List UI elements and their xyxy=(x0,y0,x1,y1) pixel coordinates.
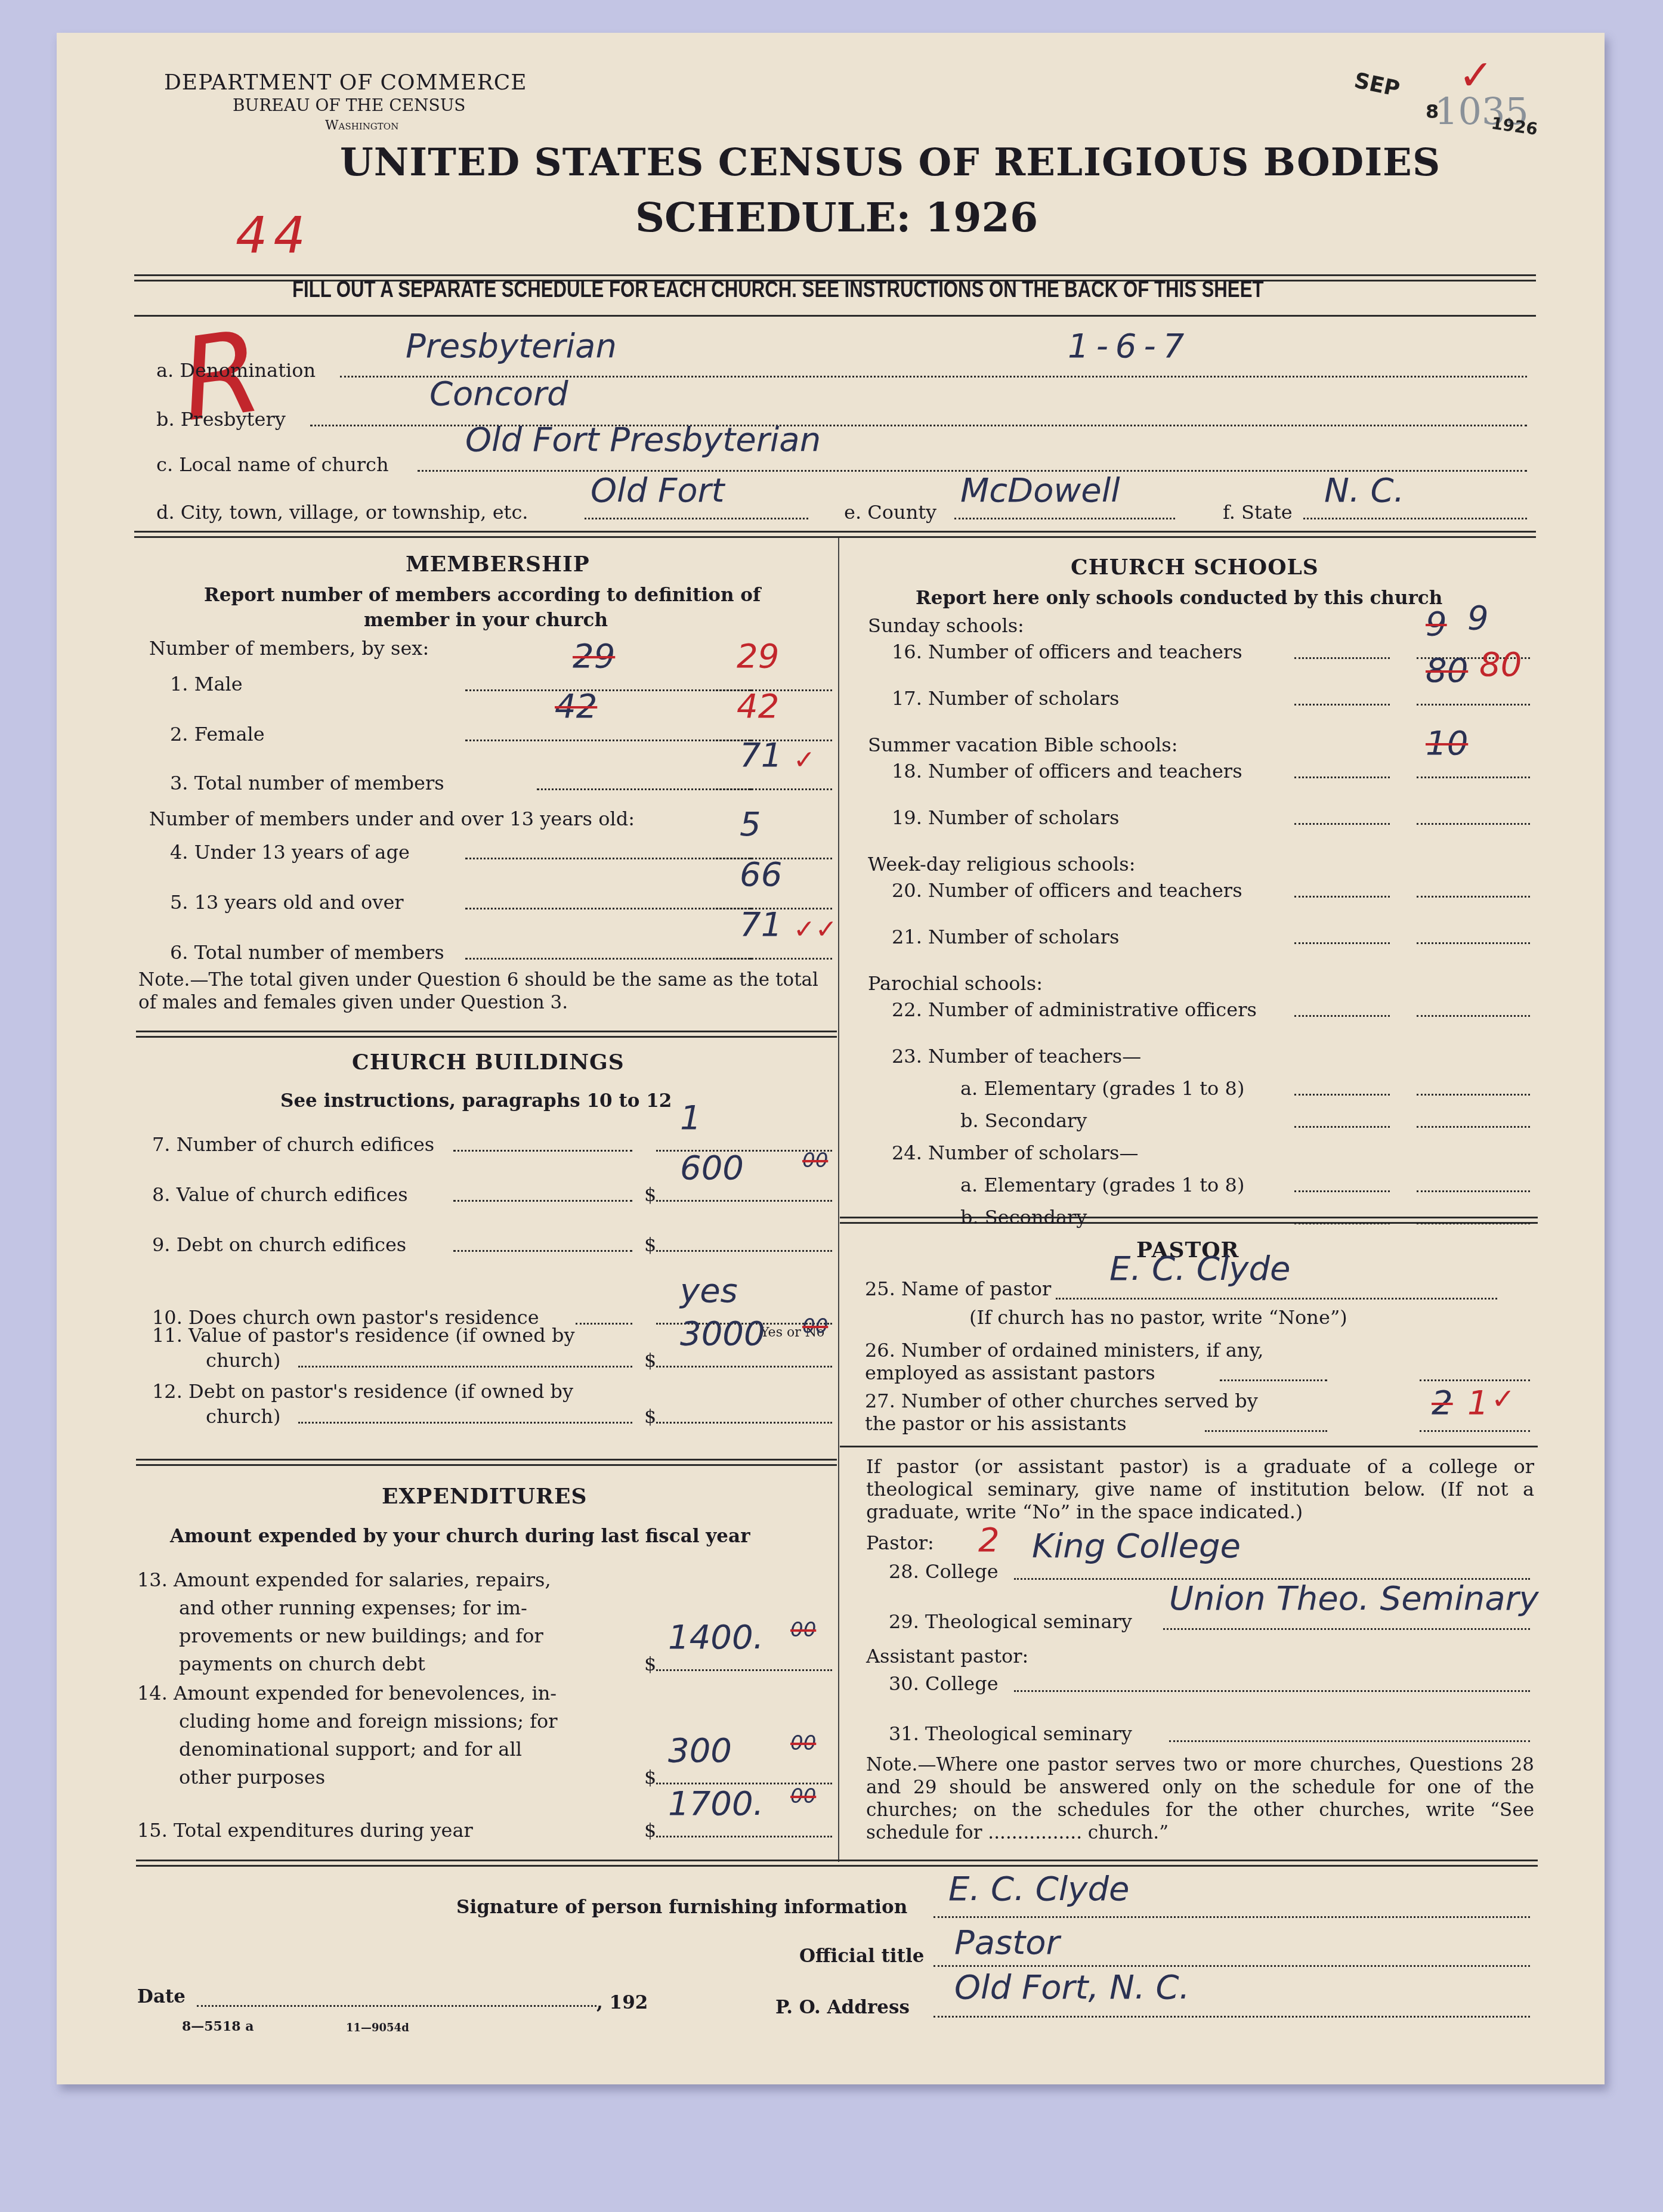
other-churches-answer-line xyxy=(1420,1430,1530,1432)
college-label: 28. College xyxy=(889,1560,999,1583)
pastor-name-label: 25. Name of pastor xyxy=(865,1277,1051,1300)
school-answer-line xyxy=(1417,1126,1530,1128)
membership-item-line xyxy=(465,689,752,691)
school-item-label: 19. Number of scholars xyxy=(892,806,1119,829)
red-annotation-44: 44 xyxy=(236,206,311,264)
banner-divider xyxy=(134,315,1536,317)
dollar-sign: $ xyxy=(644,1819,656,1842)
education-intro: If pastor (or assistant pastor) is a gra… xyxy=(866,1455,1534,1523)
expenditures-subheading: Amount expended by your church during la… xyxy=(170,1526,750,1547)
po-address-label: P. O. Address xyxy=(775,1997,910,2018)
school-item-label: 22. Number of administrative officers xyxy=(892,998,1257,1021)
asst-college-field[interactable] xyxy=(1014,1690,1530,1692)
county-label: e. County xyxy=(844,501,936,524)
school-item-line xyxy=(1294,704,1390,706)
membership-item-label: 5. 13 years old and over xyxy=(170,891,404,914)
official-title-field[interactable]: Pastor xyxy=(954,1923,1060,1962)
school-group-label: Week-day religious schools: xyxy=(868,853,1135,875)
expenditure-label-line: cluding home and foreign missions; for xyxy=(179,1710,558,1733)
school-answer-line xyxy=(1417,1015,1530,1017)
school-answer-line xyxy=(1417,704,1530,706)
school-answer-line xyxy=(1417,1190,1530,1192)
dollar-sign: $ xyxy=(644,1766,656,1789)
school-group-label: Sunday schools: xyxy=(868,614,1024,637)
building-cents: 00 xyxy=(802,1314,828,1338)
school-item-line xyxy=(1294,1094,1390,1096)
expenditure-cents: 00 xyxy=(790,1784,816,1808)
column-divider xyxy=(838,538,839,1862)
school-item-label: 21. Number of scholars xyxy=(892,926,1119,948)
city-field[interactable]: Old Fort xyxy=(591,471,724,510)
building-field[interactable]: yes xyxy=(680,1271,738,1310)
expenditure-label-line: other purposes xyxy=(179,1766,325,1789)
building-answer-line xyxy=(656,1366,832,1368)
other-churches-check: ✓ xyxy=(1491,1382,1515,1416)
expenditure-field[interactable]: 1400. xyxy=(668,1618,764,1657)
building-item-line xyxy=(453,1150,632,1152)
asst-college-label: 30. College xyxy=(889,1672,999,1695)
other-churches-line xyxy=(1205,1430,1327,1432)
membership-field[interactable]: 29 xyxy=(737,637,779,676)
presbytery-label: b. Presbytery xyxy=(156,408,286,431)
expenditure-label-line: denominational support; and for all xyxy=(179,1738,522,1761)
school-item-label: 20. Number of officers and teachers xyxy=(892,879,1242,902)
school-item-line xyxy=(1294,657,1390,659)
school-group-label: Parochial schools: xyxy=(868,972,1043,995)
school-answer-line xyxy=(1417,1094,1530,1096)
membership-item-label: 3. Total number of members xyxy=(170,772,444,794)
seminary-label: 29. Theological seminary xyxy=(889,1610,1132,1633)
membership-check-mark: ✓ xyxy=(793,745,815,775)
membership-item-label: 2. Female xyxy=(170,723,265,745)
building-item-label: 7. Number of church edifices xyxy=(152,1133,434,1156)
dollar-sign: $ xyxy=(644,1233,656,1256)
assistant-pastor-label: Assistant pastor: xyxy=(866,1645,1028,1667)
by-sex-label: Number of members, by sex: xyxy=(149,637,429,660)
school-item-label: 17. Number of scholars xyxy=(892,687,1119,710)
po-address-field[interactable]: Old Fort, N. C. xyxy=(954,1968,1189,2007)
local-name-label: c. Local name of church xyxy=(156,453,389,476)
building-item-label-cont: church) xyxy=(206,1405,280,1428)
school-answer-line xyxy=(1417,896,1530,898)
bureau-name: BUREAU OF THE CENSUS xyxy=(233,95,465,115)
assistant-pastors-line xyxy=(1220,1379,1327,1381)
assistant-pastors-label: 26. Number of ordained ministers, if any… xyxy=(865,1339,1271,1384)
building-field[interactable]: 3000 xyxy=(680,1314,765,1353)
asst-seminary-field[interactable] xyxy=(1169,1740,1530,1742)
membership-item-label: 4. Under 13 years of age xyxy=(170,841,410,864)
signature-field[interactable]: E. C. Clyde xyxy=(948,1870,1130,1908)
expenditure-label-line: 15. Total expenditures during year xyxy=(137,1819,473,1842)
buildings-divider xyxy=(136,1459,837,1466)
dollar-sign: $ xyxy=(644,1653,656,1675)
building-item-line xyxy=(576,1323,632,1325)
membership-field[interactable]: 5 xyxy=(740,805,761,844)
school-item-line xyxy=(1294,776,1390,778)
school-item-label: a. Elementary (grades 1 to 8) xyxy=(960,1174,1244,1196)
expenditure-label-line: 14. Amount expended for benevolences, in… xyxy=(137,1682,557,1704)
red-check-mark: ✓ xyxy=(1458,51,1494,100)
school-item-label: 18. Number of officers and teachers xyxy=(892,760,1242,782)
asst-seminary-label: 31. Theological seminary xyxy=(889,1722,1132,1745)
schools-subheading: Report here only schools conducted by th… xyxy=(916,587,1442,609)
school-original-value: 80 xyxy=(1426,651,1468,690)
county-field[interactable]: McDowell xyxy=(960,471,1120,510)
expenditure-cents: 00 xyxy=(790,1731,816,1755)
membership-field[interactable]: 42 xyxy=(737,687,779,726)
classification-code: 1-6-7 xyxy=(1068,327,1191,366)
buildings-heading: CHURCH BUILDINGS xyxy=(352,1050,625,1075)
city-label: d. City, town, village, or township, etc… xyxy=(156,501,528,524)
building-item-line xyxy=(298,1422,632,1424)
membership-field[interactable]: 66 xyxy=(740,855,782,894)
expenditure-field[interactable]: 1700. xyxy=(668,1784,764,1823)
school-answer-line xyxy=(1417,942,1530,944)
dollar-sign: $ xyxy=(644,1405,656,1428)
print-number: 11—9054d xyxy=(346,2022,409,2034)
school-item-line xyxy=(1294,1126,1390,1128)
other-churches-original: 2 xyxy=(1432,1384,1453,1422)
instructions-banner: FILL OUT A SEPARATE SCHEDULE FOR EACH CH… xyxy=(292,277,1263,303)
dollar-sign: $ xyxy=(644,1349,656,1372)
dollar-sign: $ xyxy=(644,1183,656,1206)
pastor-name-field[interactable]: E. C. Clyde xyxy=(1109,1249,1291,1288)
membership-field[interactable]: 71 xyxy=(740,736,782,775)
building-item-label: 12. Debt on pastor's residence (if owned… xyxy=(152,1380,573,1403)
membership-item-line xyxy=(465,958,752,960)
other-churches-field[interactable]: 1 xyxy=(1467,1384,1489,1422)
school-item-label: 23. Number of teachers— xyxy=(892,1045,1141,1068)
buildings-subheading: See instructions, paragraphs 10 to 12 xyxy=(280,1090,672,1112)
pastor-note: Note.—Where one pastor serves two or mor… xyxy=(866,1753,1534,1844)
membership-original-value: 42 xyxy=(555,687,597,726)
school-answer-line xyxy=(1417,823,1530,825)
membership-original-value: 29 xyxy=(573,637,615,676)
building-item-label: 11. Value of pastor's residence (if owne… xyxy=(152,1324,574,1347)
school-original-value: 9 xyxy=(1426,605,1447,644)
school-field[interactable]: 9 xyxy=(1467,599,1489,638)
college-red-mark: 2 xyxy=(978,1521,1000,1560)
expenditure-label-line: payments on church debt xyxy=(179,1653,425,1675)
county-line xyxy=(954,518,1175,519)
school-item-line xyxy=(1294,1190,1390,1192)
signature-label: Signature of person furnishing informati… xyxy=(456,1897,907,1918)
school-field[interactable]: 80 xyxy=(1479,645,1522,684)
membership-heading: MEMBERSHIP xyxy=(406,552,590,577)
schedule-year: SCHEDULE: 1926 xyxy=(635,194,1038,242)
denomination-field[interactable]: Presbyterian xyxy=(406,327,617,366)
membership-divider xyxy=(136,1031,837,1038)
expenditure-answer-line xyxy=(656,1836,832,1837)
school-item-label: b. Secondary xyxy=(960,1109,1087,1132)
membership-note: Note.—The total given under Question 6 s… xyxy=(138,969,818,1014)
school-answer-line xyxy=(1417,1223,1530,1224)
expenditure-cents: 00 xyxy=(790,1618,816,1642)
membership-item-line xyxy=(465,908,752,909)
membership-answer-line xyxy=(713,788,832,790)
school-item-label: 24. Number of scholars— xyxy=(892,1141,1138,1164)
schools-heading: CHURCH SCHOOLS xyxy=(1071,555,1319,580)
date-label: Date xyxy=(137,1986,186,2007)
school-item-line xyxy=(1294,1015,1390,1017)
denomination-label: a. Denomination xyxy=(156,359,316,382)
pastor-label: Pastor: xyxy=(866,1532,934,1554)
pastor-name-line xyxy=(1056,1298,1497,1300)
membership-subheading-2: member in your church xyxy=(364,610,608,631)
expenditures-heading: EXPENDITURES xyxy=(382,1484,587,1509)
school-item-line xyxy=(1294,896,1390,898)
membership-item-label: 1. Male xyxy=(170,673,243,695)
college-field[interactable]: King College xyxy=(1032,1527,1241,1566)
date-field[interactable] xyxy=(197,2005,596,2007)
state-field[interactable]: N. C. xyxy=(1324,471,1404,510)
expenditure-answer-line xyxy=(656,1669,832,1671)
building-item-line xyxy=(298,1366,632,1368)
signature-line xyxy=(933,1916,1530,1918)
building-item-line xyxy=(453,1250,632,1252)
building-answer-line xyxy=(656,1422,832,1424)
building-item-label-cont: church) xyxy=(206,1349,280,1372)
local-name-field[interactable]: Old Fort Presbyterian xyxy=(465,420,821,459)
school-item-label: 16. Number of officers and teachers xyxy=(892,641,1242,663)
pastor-divider xyxy=(840,1446,1538,1447)
school-item-label: a. Elementary (grades 1 to 8) xyxy=(960,1077,1244,1100)
membership-check-mark: ✓✓ xyxy=(793,914,837,945)
pastor-name-hint: (If church has no pastor, write “None”) xyxy=(969,1306,1347,1329)
expenditure-label-line: and other running expenses; for im- xyxy=(179,1597,527,1619)
membership-item-line xyxy=(465,858,752,859)
membership-item-label: 6. Total number of members xyxy=(170,941,444,964)
official-title-line xyxy=(933,1965,1530,1967)
school-item-line xyxy=(1294,942,1390,944)
school-original-value: 10 xyxy=(1426,724,1468,763)
building-field[interactable]: 600 xyxy=(680,1149,744,1187)
building-item-label: 8. Value of church edifices xyxy=(152,1183,408,1206)
assistant-pastors-field[interactable] xyxy=(1420,1379,1530,1381)
school-item-line xyxy=(1294,823,1390,825)
school-item-line xyxy=(1294,1223,1390,1224)
building-item-label: 9. Debt on church edifices xyxy=(152,1233,406,1256)
footer-divider xyxy=(136,1860,1538,1867)
building-answer-line xyxy=(656,1200,832,1202)
building-answer-line xyxy=(656,1250,832,1252)
building-field[interactable]: 1 xyxy=(680,1099,701,1137)
membership-answer-line xyxy=(713,958,832,960)
building-cents: 00 xyxy=(802,1149,828,1172)
date-suffix: , 192 xyxy=(596,1992,648,2013)
school-answer-line xyxy=(1417,776,1530,778)
expenditure-label-line: provements or new buildings; and for xyxy=(179,1625,543,1647)
school-item-label: b. Secondary xyxy=(960,1206,1087,1229)
document-title: UNITED STATES CENSUS OF RELIGIOUS BODIES xyxy=(340,140,1441,185)
official-title-label: Official title xyxy=(799,1945,924,1967)
expenditure-label-line: 13. Amount expended for salaries, repair… xyxy=(137,1568,551,1591)
identification-divider xyxy=(134,531,1536,538)
building-item-line xyxy=(453,1200,632,1202)
city-name: Washington xyxy=(325,118,398,133)
by-age-label: Number of members under and over 13 year… xyxy=(149,808,635,830)
other-churches-label: 27. Number of other churches served by t… xyxy=(865,1390,1271,1435)
form-number: 8—5518 a xyxy=(182,2019,254,2034)
membership-item-line xyxy=(465,740,752,741)
school-group-label: Summer vacation Bible schools: xyxy=(868,734,1177,756)
membership-field[interactable]: 71 xyxy=(740,905,782,944)
seminary-line xyxy=(1163,1628,1530,1630)
po-address-line xyxy=(933,2016,1530,2018)
membership-subheading: Report number of members according to de… xyxy=(204,584,761,606)
expenditure-field[interactable]: 300 xyxy=(668,1731,732,1770)
presbytery-field[interactable]: Concord xyxy=(429,375,568,413)
city-line xyxy=(585,518,808,519)
state-label: f. State xyxy=(1223,501,1293,524)
seminary-field[interactable]: Union Theo. Seminary xyxy=(1169,1579,1539,1618)
department-name: DEPARTMENT OF COMMERCE xyxy=(164,70,527,95)
state-line xyxy=(1303,518,1527,519)
